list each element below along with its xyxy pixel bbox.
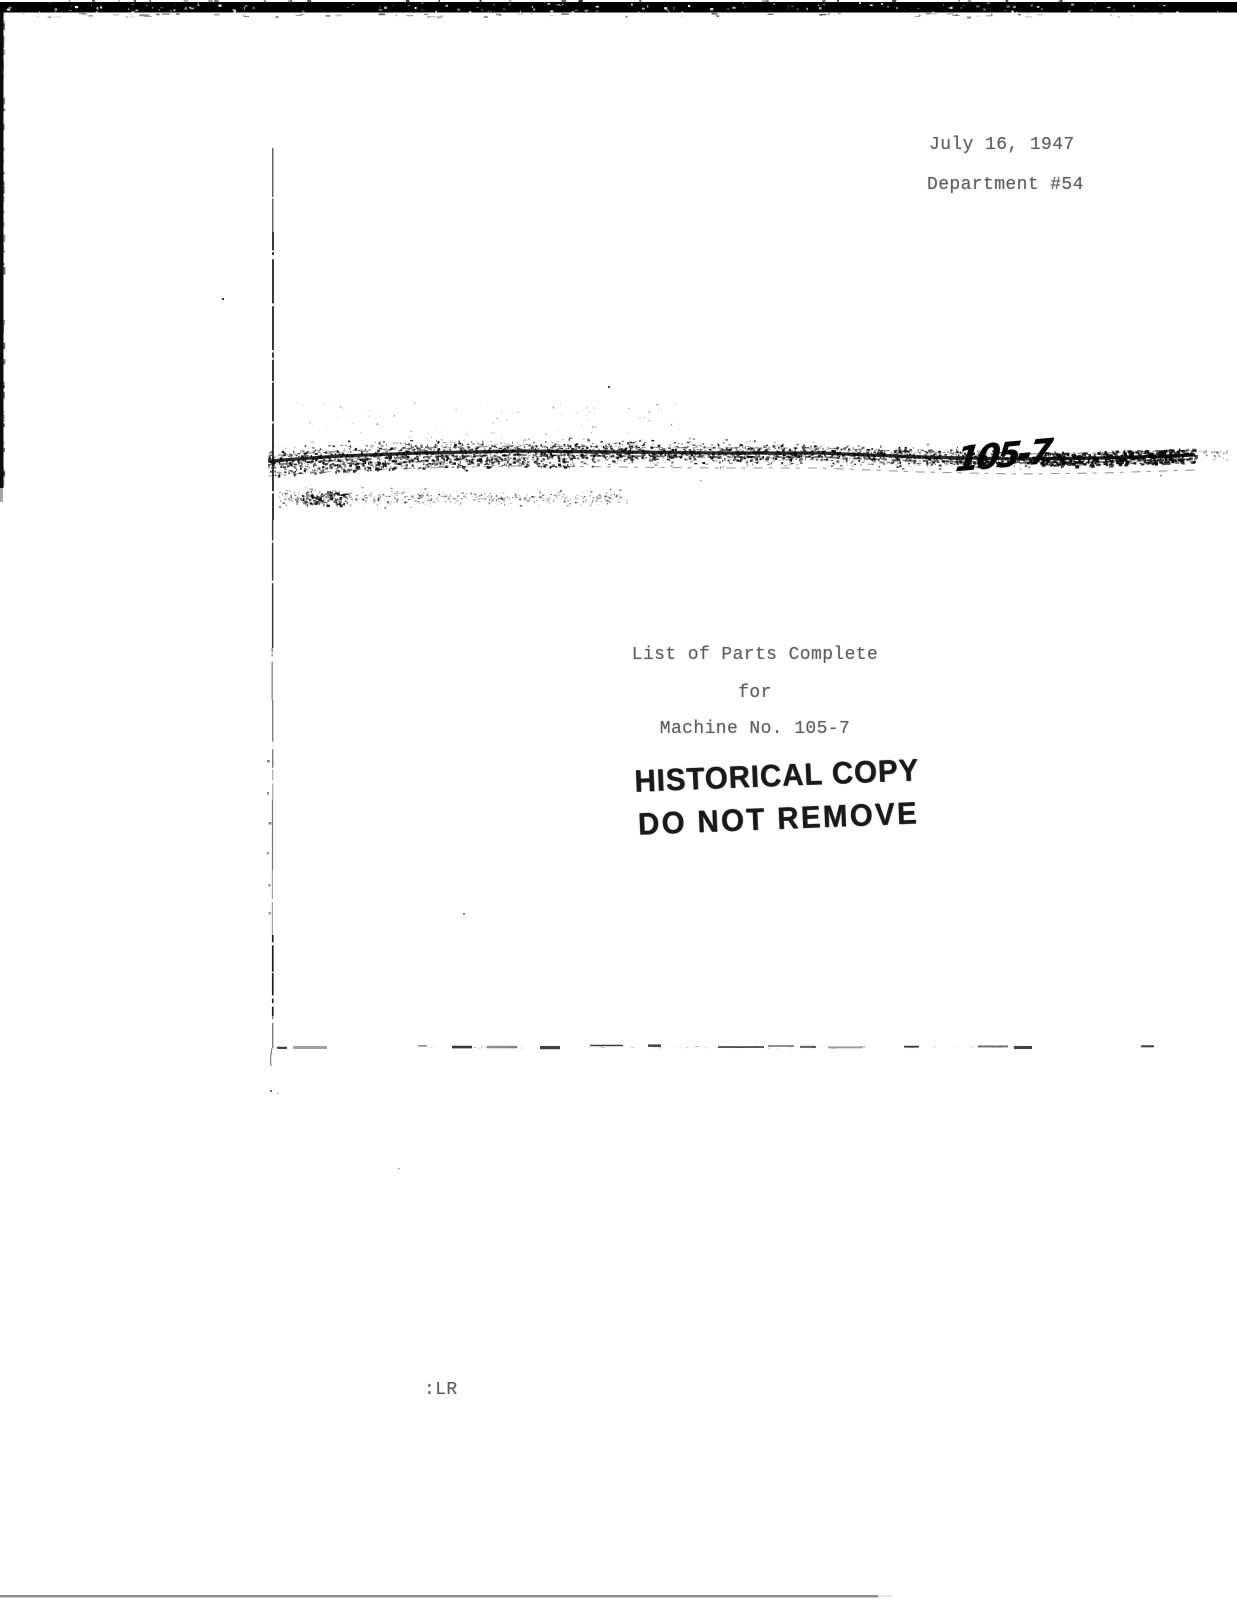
handwritten-machine-number: 105-7: [954, 432, 1052, 481]
title-line-1: List of Parts Complete: [515, 645, 995, 665]
typist-initials: :LR: [424, 1380, 458, 1400]
historical-copy-stamp: HISTORICAL COPY DO NOT REMOVE: [572, 750, 983, 845]
scanned-document-page: July 16, 1947 Department #54 105-7 List …: [0, 0, 1237, 1600]
title-line-2: for: [515, 683, 995, 703]
date-line: July 16, 1947: [929, 135, 1075, 155]
department-line: Department #54: [927, 175, 1084, 195]
title-line-3: Machine No. 105-7: [515, 719, 995, 739]
